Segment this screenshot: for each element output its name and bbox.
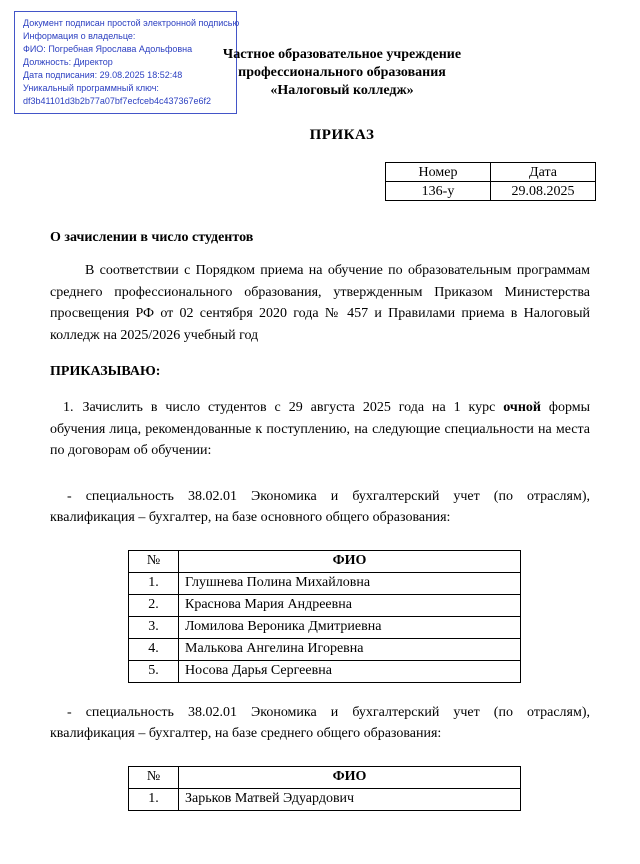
student-name: Носова Дарья Сергеевна [179, 660, 521, 682]
col-header-fio: ФИО [179, 766, 521, 788]
student-name: Краснова Мария Андреевна [179, 594, 521, 616]
table-row: 3. Ломилова Вероника Дмитриевна [129, 616, 521, 638]
student-name: Малькова Ангелина Игоревна [179, 638, 521, 660]
org-name-line2: профессионального образования [72, 64, 612, 82]
item-number: 1. [63, 400, 74, 415]
student-name: Ломилова Вероника Дмитриевна [179, 616, 521, 638]
col-header-number: № [129, 766, 179, 788]
stamp-line: Информация о владельце: [23, 30, 228, 43]
document-content: Частное образовательное учреждение профе… [0, 46, 640, 811]
specialty-paragraph-1: - специальность 38.02.01 Экономика и бух… [50, 486, 590, 529]
row-number: 3. [129, 616, 179, 638]
col-header-fio: ФИО [179, 550, 521, 572]
specialty-paragraph-2: - специальность 38.02.01 Экономика и бух… [50, 702, 590, 745]
doc-type-title: ПРИКАЗ [72, 127, 612, 144]
row-number: 1. [129, 788, 179, 810]
row-number: 1. [129, 572, 179, 594]
col-header-number: № [129, 550, 179, 572]
item-text-bold: очной [503, 400, 541, 415]
row-number: 4. [129, 638, 179, 660]
enrollment-item: 1.Зачислить в число студентов с 29 авгус… [50, 397, 590, 462]
resolution-word: ПРИКАЗЫВАЮ: [50, 364, 590, 380]
student-name: Глушнева Полина Михайловна [179, 572, 521, 594]
preamble-paragraph: В соответствии с Порядком приема на обуч… [50, 260, 590, 346]
table-row: 1. Зарьков Матвей Эдуардович [129, 788, 521, 810]
org-name: Частное образовательное учреждение профе… [72, 46, 612, 100]
stamp-line: Документ подписан простой электронной по… [23, 17, 228, 30]
org-name-line3: «Налоговый колледж» [72, 82, 612, 100]
students-table-1: № ФИО 1. Глушнева Полина Михайловна 2. К… [128, 550, 521, 683]
row-number: 5. [129, 660, 179, 682]
meta-value-number: 136-у [386, 182, 491, 201]
table-row: 2. Краснова Мария Андреевна [129, 594, 521, 616]
table-header-row: № ФИО [129, 766, 521, 788]
table-row: 1. Глушнева Полина Михайловна [129, 572, 521, 594]
students-table-2: № ФИО 1. Зарьков Матвей Эдуардович [128, 766, 521, 811]
meta-value-date: 29.08.2025 [491, 182, 596, 201]
document-page: Документ подписан простой электронной по… [0, 0, 640, 864]
table-row: 4. Малькова Ангелина Игоревна [129, 638, 521, 660]
meta-header-date: Дата [491, 163, 596, 182]
item-text-before: Зачислить в число студентов с 29 августа… [83, 400, 504, 415]
subject-line: О зачислении в число студентов [50, 230, 590, 246]
table-header-row: № ФИО [129, 550, 521, 572]
student-name: Зарьков Матвей Эдуардович [179, 788, 521, 810]
row-number: 2. [129, 594, 179, 616]
org-name-line1: Частное образовательное учреждение [72, 46, 612, 64]
order-meta-table: Номер Дата 136-у 29.08.2025 [385, 162, 596, 201]
meta-header-number: Номер [386, 163, 491, 182]
table-row: 5. Носова Дарья Сергеевна [129, 660, 521, 682]
